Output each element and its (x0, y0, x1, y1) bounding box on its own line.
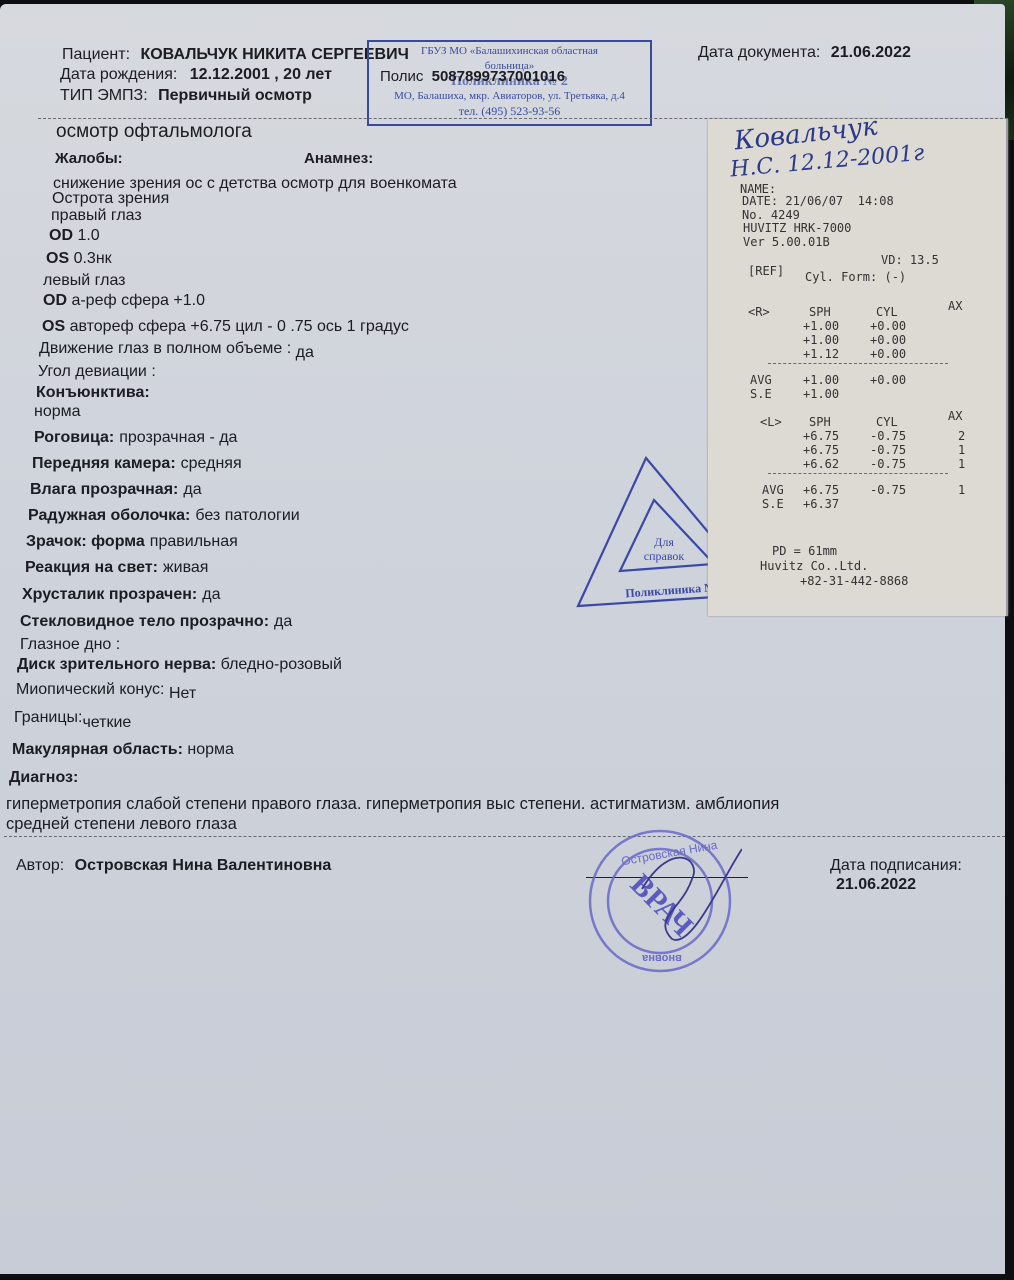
doc-date-value: 21.06.2022 (831, 44, 911, 61)
receipt-right-header: AX (948, 299, 962, 313)
diagnosis-line1: гиперметропия слабой степени правого гла… (6, 795, 779, 814)
receipt-vd: VD: 13.5 (881, 253, 939, 267)
finding-value: да (202, 586, 220, 603)
disc-value: бледно-розовый (221, 656, 342, 673)
od-acuity: OD 1.0 (49, 227, 100, 245)
fundus-label: Глазное дно : (20, 636, 120, 654)
receipt-right-cell: +0.00 (870, 319, 906, 333)
movement-line: Движение глаз в полном объеме : да (39, 340, 314, 358)
author-label: Автор: (16, 857, 64, 874)
receipt-right-cell: +0.00 (870, 347, 906, 361)
receipt-left-header: AX (948, 409, 962, 423)
os-acuity: OS 0.3нк (46, 250, 112, 268)
finding-value: правильная (150, 533, 238, 550)
conjunctiva-label: Конъюнктива: (36, 384, 150, 402)
receipt-left-header: CYL (876, 415, 898, 429)
os-ref-label: OS (42, 318, 65, 335)
patient-label: Пациент: (62, 46, 130, 63)
finding-label: Реакция на свет: (25, 559, 158, 576)
receipt-ref-label: [REF] (748, 264, 784, 278)
receipt-right-cell: +1.00 (803, 333, 839, 347)
macula-line: Макулярная область: норма (12, 741, 234, 759)
dob-line: Дата рождения: 12.12.2001 , 20 лет (60, 66, 332, 84)
receipt-left-cell: 2 (958, 429, 965, 443)
finding-value: да (183, 481, 201, 498)
svg-text:справок: справок (644, 549, 685, 563)
finding-row: Радужная оболочка:без патологии (28, 507, 300, 525)
left-eye-label: левый глаз (43, 272, 126, 290)
deviation-label: Угол девиации : (38, 363, 156, 381)
receipt-pd: PD = 61mm (772, 544, 837, 558)
receipt-left-cell: +6.62 (803, 457, 839, 471)
clinic-stamp-line1: ГБУЗ МО «Балашихинская областная (369, 44, 650, 59)
finding-row: Стекловидное тело прозрачно:да (20, 613, 292, 631)
cone-label: Миопический конус: (16, 681, 165, 698)
anamnesis-label: Анамнез: (304, 150, 373, 167)
dob-value: 12.12.2001 , 20 лет (190, 66, 332, 83)
finding-label: Хрусталик прозрачен: (22, 586, 197, 603)
clinic-stamp-line4: МО, Балашиха, мкр. Авиаторов, ул. Третья… (369, 89, 650, 104)
svg-text:вновна: вновна (641, 952, 682, 964)
acuity-label: Острота зрения (52, 190, 169, 208)
receipt-number: No. 4249 (742, 208, 800, 222)
os-label: OS (46, 250, 69, 267)
receipt-left-cell: +6.75 (803, 443, 839, 457)
policy-label: Полис (380, 68, 423, 85)
finding-row: Хрусталик прозрачен:да (22, 586, 220, 604)
finding-row: Роговица:прозрачная - да (34, 429, 237, 447)
od-refraction: OD а-реф сфера +1.0 (43, 292, 205, 310)
svg-text:Для: Для (654, 535, 674, 549)
receipt-right-cell: +0.00 (870, 333, 906, 347)
finding-row: Передняя камера:средняя (32, 455, 242, 473)
receipt-left-avg-value: -0.75 (870, 483, 906, 497)
receipt-right-header: CYL (876, 305, 898, 319)
finding-row: Зрачок: формаправильная (26, 533, 238, 551)
autorefractor-receipt: Ковальчук Н.С. 12.12-2001г NAME: DATE: 2… (708, 119, 1008, 616)
conjunctiva-value: норма (34, 403, 81, 421)
author-name: Островская Нина Валентиновна (75, 857, 332, 874)
receipt-divider (768, 473, 948, 474)
type-label: ТИП ЭМПЗ: (60, 87, 148, 104)
finding-label: Радужная оболочка: (28, 507, 190, 524)
document-sheet: Пациент: КОВАЛЬЧУК НИКИТА СЕРГЕЕВИЧ Дата… (0, 4, 1005, 1274)
receipt-right-se-value: +1.00 (803, 387, 839, 401)
finding-row: Влага прозрачная:да (30, 481, 202, 499)
complaints-label: Жалобы: (55, 150, 123, 167)
finding-label: Передняя камера: (32, 455, 176, 472)
receipt-left-cell: -0.75 (870, 429, 906, 443)
finding-label: Зрачок: форма (26, 533, 145, 550)
receipt-right-avg-value: +0.00 (870, 373, 906, 387)
finding-row: Реакция на свет:живая (25, 559, 208, 577)
doc-date-line: Дата документа: 21.06.2022 (698, 44, 911, 62)
receipt-left-cell: -0.75 (870, 457, 906, 471)
receipt-right-cell: +1.12 (803, 347, 839, 361)
movement-value: да (296, 344, 314, 361)
receipt-left-header: SPH (809, 415, 831, 429)
receipt-left-avg-value: 1 (958, 483, 965, 497)
receipt-right-cell: +1.00 (803, 319, 839, 333)
receipt-right-header: SPH (809, 305, 831, 319)
type-line: ТИП ЭМПЗ: Первичный осмотр (60, 87, 312, 105)
signed-label: Дата подписания: (830, 857, 962, 875)
os-refraction: OS автореф сфера +6.75 цил - 0 .75 ось 1… (42, 318, 409, 336)
borders-value: четкие (82, 714, 131, 731)
finding-label: Роговица: (34, 429, 114, 446)
doc-date-label: Дата документа: (698, 44, 820, 61)
receipt-right-se-label: S.E (750, 387, 772, 401)
receipt-right-avg-value: +1.00 (803, 373, 839, 387)
receipt-left-cell: -0.75 (870, 443, 906, 457)
finding-label: Стекловидное тело прозрачно: (20, 613, 269, 630)
finding-value: живая (163, 559, 209, 576)
receipt-left-cell: 1 (958, 443, 965, 457)
receipt-left-cell: 1 (958, 457, 965, 471)
finding-label: Влага прозрачная: (30, 481, 178, 498)
cone-value: Нет (169, 685, 196, 702)
footer-divider (4, 836, 1005, 837)
macula-value: норма (187, 741, 234, 758)
finding-value: средняя (181, 455, 242, 472)
svg-text:ВРАЧ: ВРАЧ (624, 868, 699, 943)
right-eye-label: правый глаз (51, 207, 142, 225)
policy-value: 5087899737001016 (432, 68, 565, 85)
exam-title: осмотр офтальмолога (56, 121, 252, 143)
clinic-stamp-line5: тел. (495) 523-93-56 (369, 104, 650, 119)
receipt-divider (768, 363, 948, 364)
receipt-left-se-label: S.E (762, 497, 784, 511)
dob-label: Дата рождения: (60, 66, 177, 83)
receipt-phone: +82-31-442-8868 (800, 574, 908, 588)
os-value: 0.3нк (74, 250, 112, 267)
receipt-left-avg-value: +6.75 (803, 483, 839, 497)
cone-line: Миопический конус: Нет (16, 681, 196, 699)
os-ref-value: автореф сфера +6.75 цил - 0 .75 ось 1 гр… (70, 318, 409, 335)
svg-text:Островская Нина: Островская Нина (620, 838, 718, 869)
finding-value: да (274, 613, 292, 630)
diagnosis-line2: средней степени левого глаза (6, 815, 237, 834)
policy-line: Полис 5087899737001016 (380, 68, 565, 85)
borders-label: Границы: (14, 709, 82, 726)
patient-line: Пациент: КОВАЛЬЧУК НИКИТА СЕРГЕЕВИЧ (62, 46, 409, 64)
author-line: Автор: Островская Нина Валентиновна (16, 857, 331, 875)
receipt-left-avg-label: AVG (762, 483, 784, 497)
receipt-company: Huvitz Co..Ltd. (760, 559, 868, 573)
receipt-version: Ver 5.00.01B (743, 235, 830, 249)
disc-label: Диск зрительного нерва: (17, 656, 216, 673)
movement-label: Движение глаз в полном объеме : (39, 340, 291, 357)
signed-value: 21.06.2022 (836, 876, 916, 894)
receipt-date: DATE: 21/06/07 14:08 (742, 194, 894, 208)
borders-line: Границы:четкие (14, 709, 131, 727)
receipt-left-se-value: +6.37 (803, 497, 839, 511)
macula-label: Макулярная область: (12, 741, 183, 758)
receipt-right-avg-label: AVG (750, 373, 772, 387)
receipt-right-label: <R> (748, 305, 770, 319)
type-value: Первичный осмотр (158, 87, 312, 104)
od-value: 1.0 (77, 227, 99, 244)
receipt-left-cell: +6.75 (803, 429, 839, 443)
finding-value: без патологии (195, 507, 299, 524)
disc-line: Диск зрительного нерва: бледно-розовый (17, 656, 342, 674)
od-ref-value: а-реф сфера +1.0 (71, 292, 205, 309)
receipt-cyl-form: Cyl. Form: (-) (805, 270, 906, 284)
finding-value: прозрачная - да (119, 429, 237, 446)
od-ref-label: OD (43, 292, 67, 309)
doctor-round-stamp-icon: ВРАЧ Островская Нина вновна (582, 819, 742, 979)
diagnosis-label: Диагноз: (9, 769, 78, 787)
receipt-model: HUVITZ HRK-7000 (743, 221, 851, 235)
od-label: OD (49, 227, 73, 244)
receipt-left-label: <L> (760, 415, 782, 429)
